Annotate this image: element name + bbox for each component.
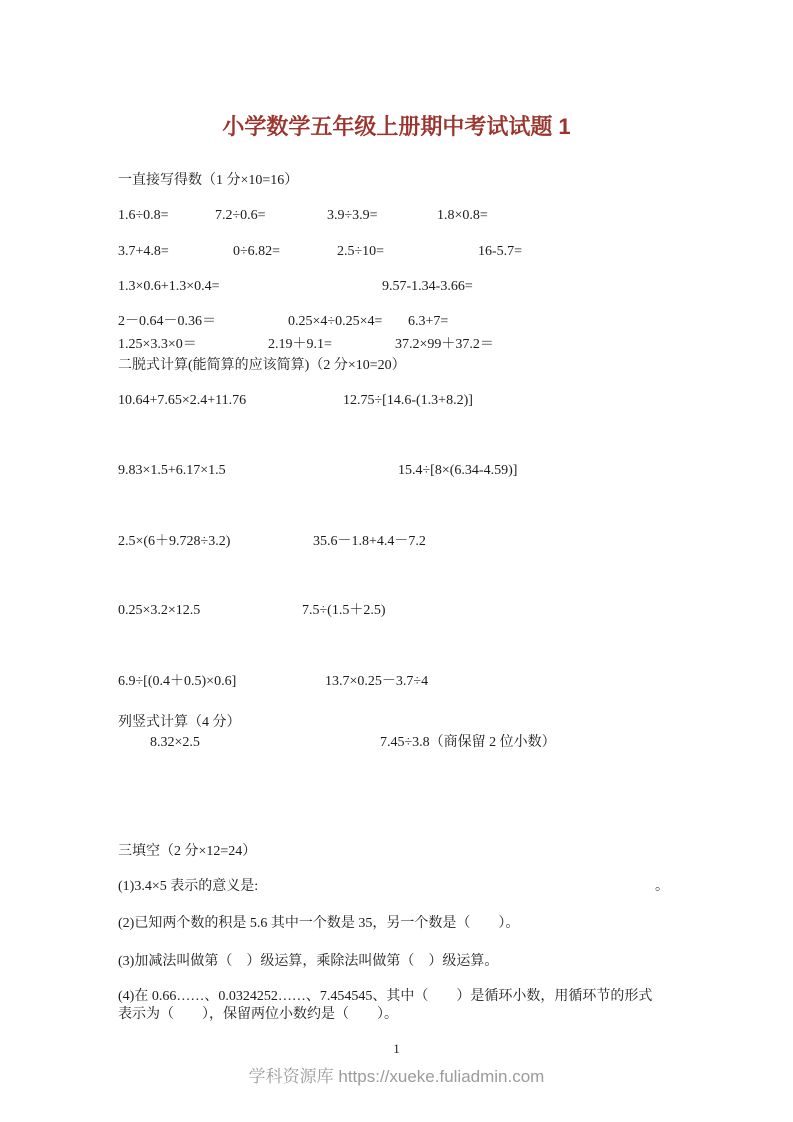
oral-calc-problem: 16-5.7= bbox=[478, 243, 522, 261]
section-two-heading: 二脱式计算(能简算的应该简算)（2 分×10=20） bbox=[118, 357, 718, 375]
written-calc-problem: 10.64+7.65×2.4+11.76 bbox=[118, 392, 246, 410]
section-three-heading: 三填空（2 分×12=24） bbox=[118, 843, 718, 861]
written-calc-problem: 13.7×0.25－3.7÷4 bbox=[325, 673, 428, 691]
oral-calc-problem: 2.19＋9.1= bbox=[268, 336, 332, 354]
fill-blank-item-3: (3)加减法叫做第（ ）级运算，乘除法叫做第（ ）级运算。 bbox=[118, 953, 718, 971]
oral-calc-row: 2－0.64－0.36＝ 0.25×4÷0.25×4= 6.3+7= bbox=[118, 313, 718, 331]
written-calc-row: 9.83×1.5+6.17×1.5 15.4÷[8×(6.34-4.59)] bbox=[118, 462, 718, 480]
written-calc-problem: 15.4÷[8×(6.34-4.59)] bbox=[398, 462, 517, 480]
fill-blank-period: 。 bbox=[655, 878, 669, 896]
oral-calc-problem: 37.2×99＋37.2＝ bbox=[395, 336, 494, 354]
oral-calc-row: 1.25×3.3×0＝ 2.19＋9.1= 37.2×99＋37.2＝ bbox=[118, 336, 718, 354]
fill-blank-item-2: (2)已知两个数的积是 5.6 其中一个数是 35，另一个数是（ ）。 bbox=[118, 915, 718, 933]
page-number: 1 bbox=[0, 1041, 793, 1057]
oral-calc-problem: 0÷6.82= bbox=[233, 243, 280, 261]
oral-calc-row: 3.7+4.8= 0÷6.82= 2.5÷10= 16-5.7= bbox=[118, 243, 718, 261]
written-calc-problem: 7.5÷(1.5＋2.5) bbox=[302, 602, 386, 620]
fill-blank-item-1: (1)3.4×5 表示的意义是: 。 bbox=[118, 878, 718, 896]
written-calc-row: 2.5×(6＋9.728÷3.2) 35.6－1.8+4.4－7.2 bbox=[118, 533, 718, 551]
written-calc-row: 0.25×3.2×12.5 7.5÷(1.5＋2.5) bbox=[118, 602, 718, 620]
vertical-calc-problem: 8.32×2.5 bbox=[150, 734, 200, 752]
page-title: 小学数学五年级上册期中考试试题 1 bbox=[0, 112, 793, 142]
oral-calc-problem: 2.5÷10= bbox=[337, 243, 384, 261]
exam-document-page: 小学数学五年级上册期中考试试题 1 一直接写得数（1 分×10=16） 1.6÷… bbox=[0, 0, 793, 1122]
oral-calc-problem: 3.9÷3.9= bbox=[327, 207, 378, 225]
written-calc-row: 6.9÷[(0.4＋0.5)×0.6] 13.7×0.25－3.7÷4 bbox=[118, 673, 718, 691]
oral-calc-problem: 6.3+7= bbox=[408, 313, 448, 331]
oral-calc-problem: 1.25×3.3×0＝ bbox=[118, 336, 197, 354]
written-calc-problem: 35.6－1.8+4.4－7.2 bbox=[313, 533, 426, 551]
fill-blank-item-4-line-2: 表示为（ ），保留两位小数约是（ ）。 bbox=[118, 1006, 718, 1024]
written-calc-problem: 9.83×1.5+6.17×1.5 bbox=[118, 462, 226, 480]
vertical-calc-problem: 7.45÷3.8（商保留 2 位小数） bbox=[380, 734, 556, 752]
oral-calc-row: 1.3×0.6+1.3×0.4= 9.57-1.34-3.66= bbox=[118, 278, 718, 296]
oral-calc-problem: 1.3×0.6+1.3×0.4= bbox=[118, 278, 220, 296]
written-calc-problem: 12.75÷[14.6-(1.3+8.2)] bbox=[343, 392, 473, 410]
vertical-calc-heading: 列竖式计算（4 分） bbox=[118, 714, 718, 732]
oral-calc-problem: 9.57-1.34-3.66= bbox=[382, 278, 473, 296]
written-calc-problem: 6.9÷[(0.4＋0.5)×0.6] bbox=[118, 673, 236, 691]
oral-calc-problem: 3.7+4.8= bbox=[118, 243, 169, 261]
oral-calc-problem: 0.25×4÷0.25×4= bbox=[288, 313, 382, 331]
watermark-footer: 学科资源库 https://xueke.fuliadmin.com bbox=[0, 1066, 793, 1088]
oral-calc-problem: 1.8×0.8= bbox=[437, 207, 488, 225]
oral-calc-problem: 7.2÷0.6= bbox=[215, 207, 266, 225]
fill-blank-text: (1)3.4×5 表示的意义是: bbox=[118, 878, 258, 896]
written-calc-row: 10.64+7.65×2.4+11.76 12.75÷[14.6-(1.3+8.… bbox=[118, 392, 718, 410]
oral-calc-problem: 2－0.64－0.36＝ bbox=[118, 313, 216, 331]
vertical-calc-row: 8.32×2.5 7.45÷3.8（商保留 2 位小数） bbox=[118, 734, 718, 752]
written-calc-problem: 0.25×3.2×12.5 bbox=[118, 602, 200, 620]
section-one-heading: 一直接写得数（1 分×10=16） bbox=[118, 172, 718, 190]
oral-calc-problem: 1.6÷0.8= bbox=[118, 207, 169, 225]
oral-calc-row: 1.6÷0.8= 7.2÷0.6= 3.9÷3.9= 1.8×0.8= bbox=[118, 207, 718, 225]
fill-blank-item-4-line-1: (4)在 0.66……、0.0324252……、7.454545、其中（ ）是循… bbox=[118, 988, 718, 1006]
written-calc-problem: 2.5×(6＋9.728÷3.2) bbox=[118, 533, 230, 551]
